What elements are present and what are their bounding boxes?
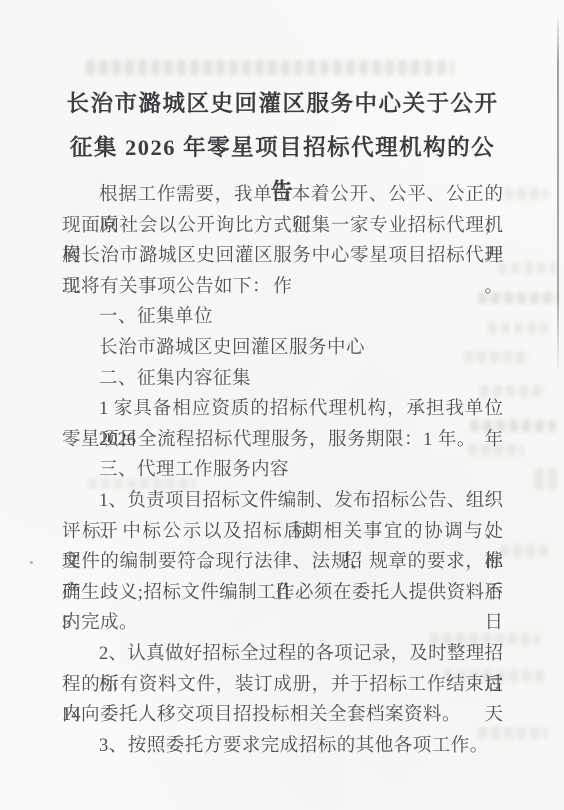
bleedthrough-mark bbox=[498, 262, 556, 274]
document-line: 2、认真做好招标全过程的各项记录，及时整理招标过 bbox=[62, 639, 503, 670]
title-line-1: 长治市潞城区史回灌区服务中心关于公开 bbox=[62, 82, 503, 126]
document-line: 产生歧义;招标文件编制工作必须在委托人提供资料后 5 日 bbox=[62, 578, 503, 609]
scan-artifact-line bbox=[557, 12, 559, 374]
document-line: 内向委托人移交项目招投标相关全套档案资料。 bbox=[62, 700, 503, 731]
document-line: 3、按照委托方要求完成招标的其他各项工作。 bbox=[62, 731, 503, 762]
bleedthrough-mark bbox=[504, 188, 548, 200]
document-line: 根据工作需要，我单位本着公开、公平、公正的原则， bbox=[62, 180, 503, 211]
document-line: 展长治市潞城区史回灌区服务中心零星项目招标代理工作。 bbox=[62, 241, 503, 272]
document-line: 1、负责项目招标文件编制、发布招标公告、组织开标、 bbox=[62, 486, 503, 517]
document-line: 1 家具备相应资质的招标代理机构，承担我单位 2026 年 bbox=[62, 394, 503, 425]
document-line: 三、代理工作服务内容 bbox=[62, 455, 503, 486]
document-line: 二、征集内容征集 bbox=[62, 364, 503, 395]
document-line: 长治市潞城区史回灌区服务中心 bbox=[62, 333, 503, 364]
document-line: 程的所有资料文件，装订成册，并于招标工作结束后 14 天 bbox=[62, 670, 503, 701]
document-line: 现面向社会以公开询比方式征集一家专业招标代理机构开 bbox=[62, 211, 503, 242]
bleedthrough-mark bbox=[86, 60, 454, 75]
scanned-page: 长治市潞城区史回灌区服务中心关于公开 征集 2026 年零星项目招标代理机构的公… bbox=[0, 0, 564, 810]
document-line: 评标、中标公示以及招标后期相关事宜的协调与处理。招标 bbox=[62, 517, 503, 548]
document-body: 根据工作需要，我单位本着公开、公平、公正的原则，现面向社会以公开询比方式征集一家… bbox=[62, 180, 503, 761]
document-line: 文件的编制要符合现行法律、法规、规章的要求，准确且不 bbox=[62, 547, 503, 578]
document-line: 零星项目全流程招标代理服务，服务期限：1 年。 bbox=[62, 425, 503, 456]
bleedthrough-mark bbox=[500, 545, 550, 557]
bleedthrough-mark bbox=[535, 468, 559, 490]
document-line: 一、征集单位 bbox=[62, 302, 503, 333]
scan-artifact-speck bbox=[30, 561, 33, 564]
